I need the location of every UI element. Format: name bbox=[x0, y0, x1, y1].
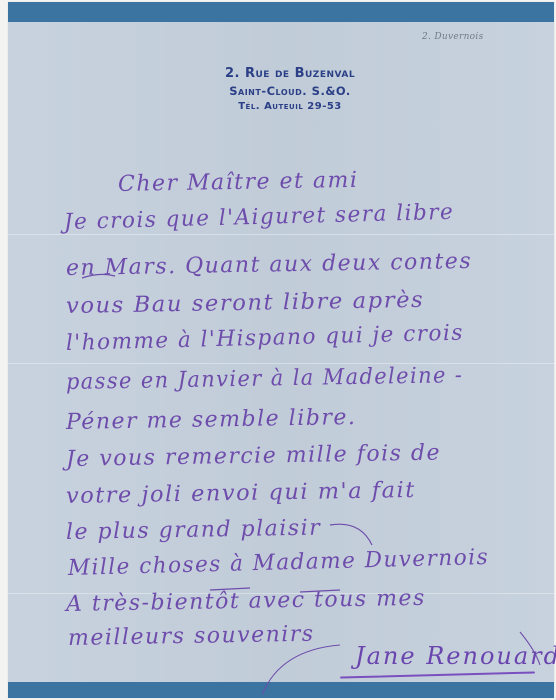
letter-line: vous Bau seront libre après bbox=[66, 288, 425, 319]
letter-line: Cher Maître et ami bbox=[118, 168, 359, 197]
letter-line: votre joli envoi qui m'a fait bbox=[66, 478, 416, 509]
letter-line: l'homme à l'Hispano qui je crois bbox=[66, 321, 464, 356]
letter-body: Cher Maître et ami Je crois que l'Aigure… bbox=[0, 0, 556, 700]
letter-line: en Mars. Quant aux deux contes bbox=[66, 249, 473, 281]
letter-line: Mille choses à Madame Duvernois bbox=[68, 545, 490, 581]
signature: Jane Renouardt bbox=[355, 642, 556, 670]
letter-line: Je vous remercie mille fois de bbox=[66, 440, 441, 472]
signature-underline bbox=[340, 671, 535, 678]
letter-line: Je crois que l'Aiguret sera libre bbox=[64, 200, 455, 235]
letter-line: passe en Janvier à la Madeleine - bbox=[66, 363, 464, 395]
letter-line: meilleurs souvenirs bbox=[68, 622, 315, 651]
letter-line: le plus grand plaisir bbox=[66, 516, 322, 545]
letter-line: A très-bientôt avec tous mes bbox=[66, 586, 426, 617]
letter-line: Péner me semble libre. bbox=[66, 405, 357, 435]
scanned-letter: 2. Duvernois 2. Rue de Buzenval Saint-Cl… bbox=[0, 0, 556, 700]
